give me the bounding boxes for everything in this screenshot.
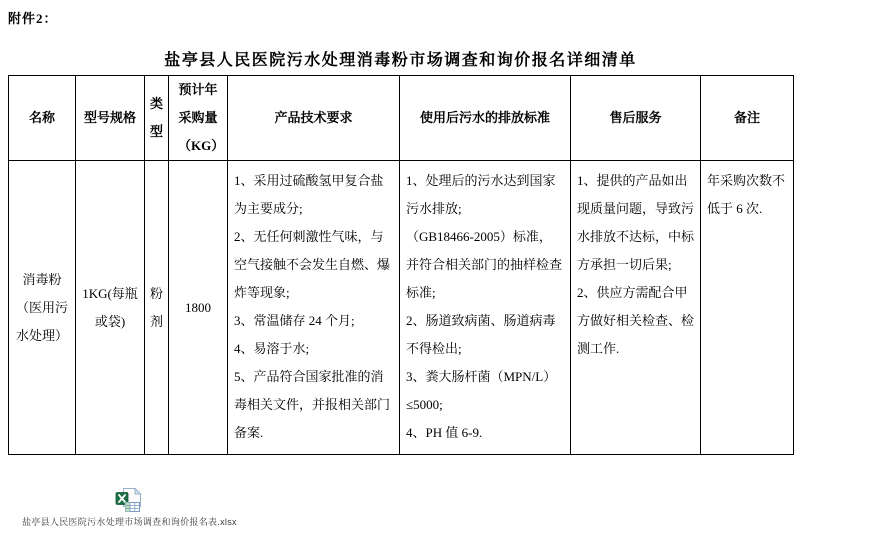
col-header-annual-qty: 预计年采购量（KG） <box>169 76 228 161</box>
cell-name: 消毒粉（医用污水处理） <box>9 161 76 455</box>
embedded-xlsx-object[interactable]: 盐亭县人民医院污水处理市场调查和询价报名表.xlsx <box>22 487 234 528</box>
document-page: 附件2： 盐亭县人民医院污水处理消毒粉市场调查和询价报名详细清单 名称 型号规格… <box>0 0 872 546</box>
tech-requirement-item: 5、产品符合国家批准的消毒相关文件，并报相关部门备案. <box>234 363 393 447</box>
discharge-standard-item: 1、处理后的污水达到国家污水排放; <box>406 167 564 223</box>
cell-spec: 1KG(每瓶或袋) <box>76 161 145 455</box>
embedded-file-caption: 盐亭县人民医院污水处理市场调查和询价报名表.xlsx <box>22 515 234 528</box>
discharge-standard-item: 3、粪大肠杆菌（MPN/L）≤5000; <box>406 363 564 419</box>
col-header-discharge-standard: 使用后污水的排放标准 <box>400 76 571 161</box>
col-header-remarks: 备注 <box>701 76 794 161</box>
inquiry-table: 名称 型号规格 类型 预计年采购量（KG） 产品技术要求 使用后污水的排放标准 … <box>8 75 794 455</box>
cell-type: 粉剂 <box>145 161 169 455</box>
col-header-type: 类型 <box>145 76 169 161</box>
remarks-text: 年采购次数不低于 6 次. <box>707 167 787 223</box>
discharge-standard-item: 4、PH 值 6-9. <box>406 419 564 447</box>
table-row: 消毒粉（医用污水处理） 1KG(每瓶或袋) 粉剂 1800 1、采用过硫酸氢甲复… <box>9 161 794 455</box>
col-header-after-sales: 售后服务 <box>571 76 701 161</box>
after-sales-item: 1、提供的产品如出现质量问题，导致污水排放不达标，中标方承担一切后果; <box>577 167 694 279</box>
tech-requirement-item: 1、采用过硫酸氢甲复合盐为主要成分; <box>234 167 393 223</box>
col-header-spec: 型号规格 <box>76 76 145 161</box>
page-title: 盐亭县人民医院污水处理消毒粉市场调查和询价报名详细清单 <box>8 47 793 70</box>
tech-requirement-item: 2、无任何刺激性气味，与空气接触不会发生自燃、爆炸等现象; <box>234 223 393 307</box>
attachment-label: 附件2： <box>8 8 58 27</box>
cell-annual-qty: 1800 <box>169 161 228 455</box>
discharge-standard-item: （GB18466-2005）标准，并符合相关部门的抽样检查标准; <box>406 223 564 307</box>
cell-tech-requirements: 1、采用过硫酸氢甲复合盐为主要成分; 2、无任何刺激性气味，与空气接触不会发生自… <box>228 161 400 455</box>
col-header-tech-requirements: 产品技术要求 <box>228 76 400 161</box>
cell-discharge-standard: 1、处理后的污水达到国家污水排放; （GB18466-2005）标准，并符合相关… <box>400 161 571 455</box>
discharge-standard-item: 2、肠道致病菌、肠道病毒不得检出; <box>406 307 564 363</box>
after-sales-item: 2、供应方需配合甲方做好相关检查、检测工作. <box>577 279 694 363</box>
table-header-row: 名称 型号规格 类型 预计年采购量（KG） 产品技术要求 使用后污水的排放标准 … <box>9 76 794 161</box>
tech-requirement-item: 3、常温储存 24 个月; <box>234 307 393 335</box>
excel-file-icon[interactable] <box>115 487 142 513</box>
cell-after-sales: 1、提供的产品如出现质量问题，导致污水排放不达标，中标方承担一切后果; 2、供应… <box>571 161 701 455</box>
cell-remarks: 年采购次数不低于 6 次. <box>701 161 794 455</box>
tech-requirement-item: 4、易溶于水; <box>234 335 393 363</box>
col-header-name: 名称 <box>9 76 76 161</box>
